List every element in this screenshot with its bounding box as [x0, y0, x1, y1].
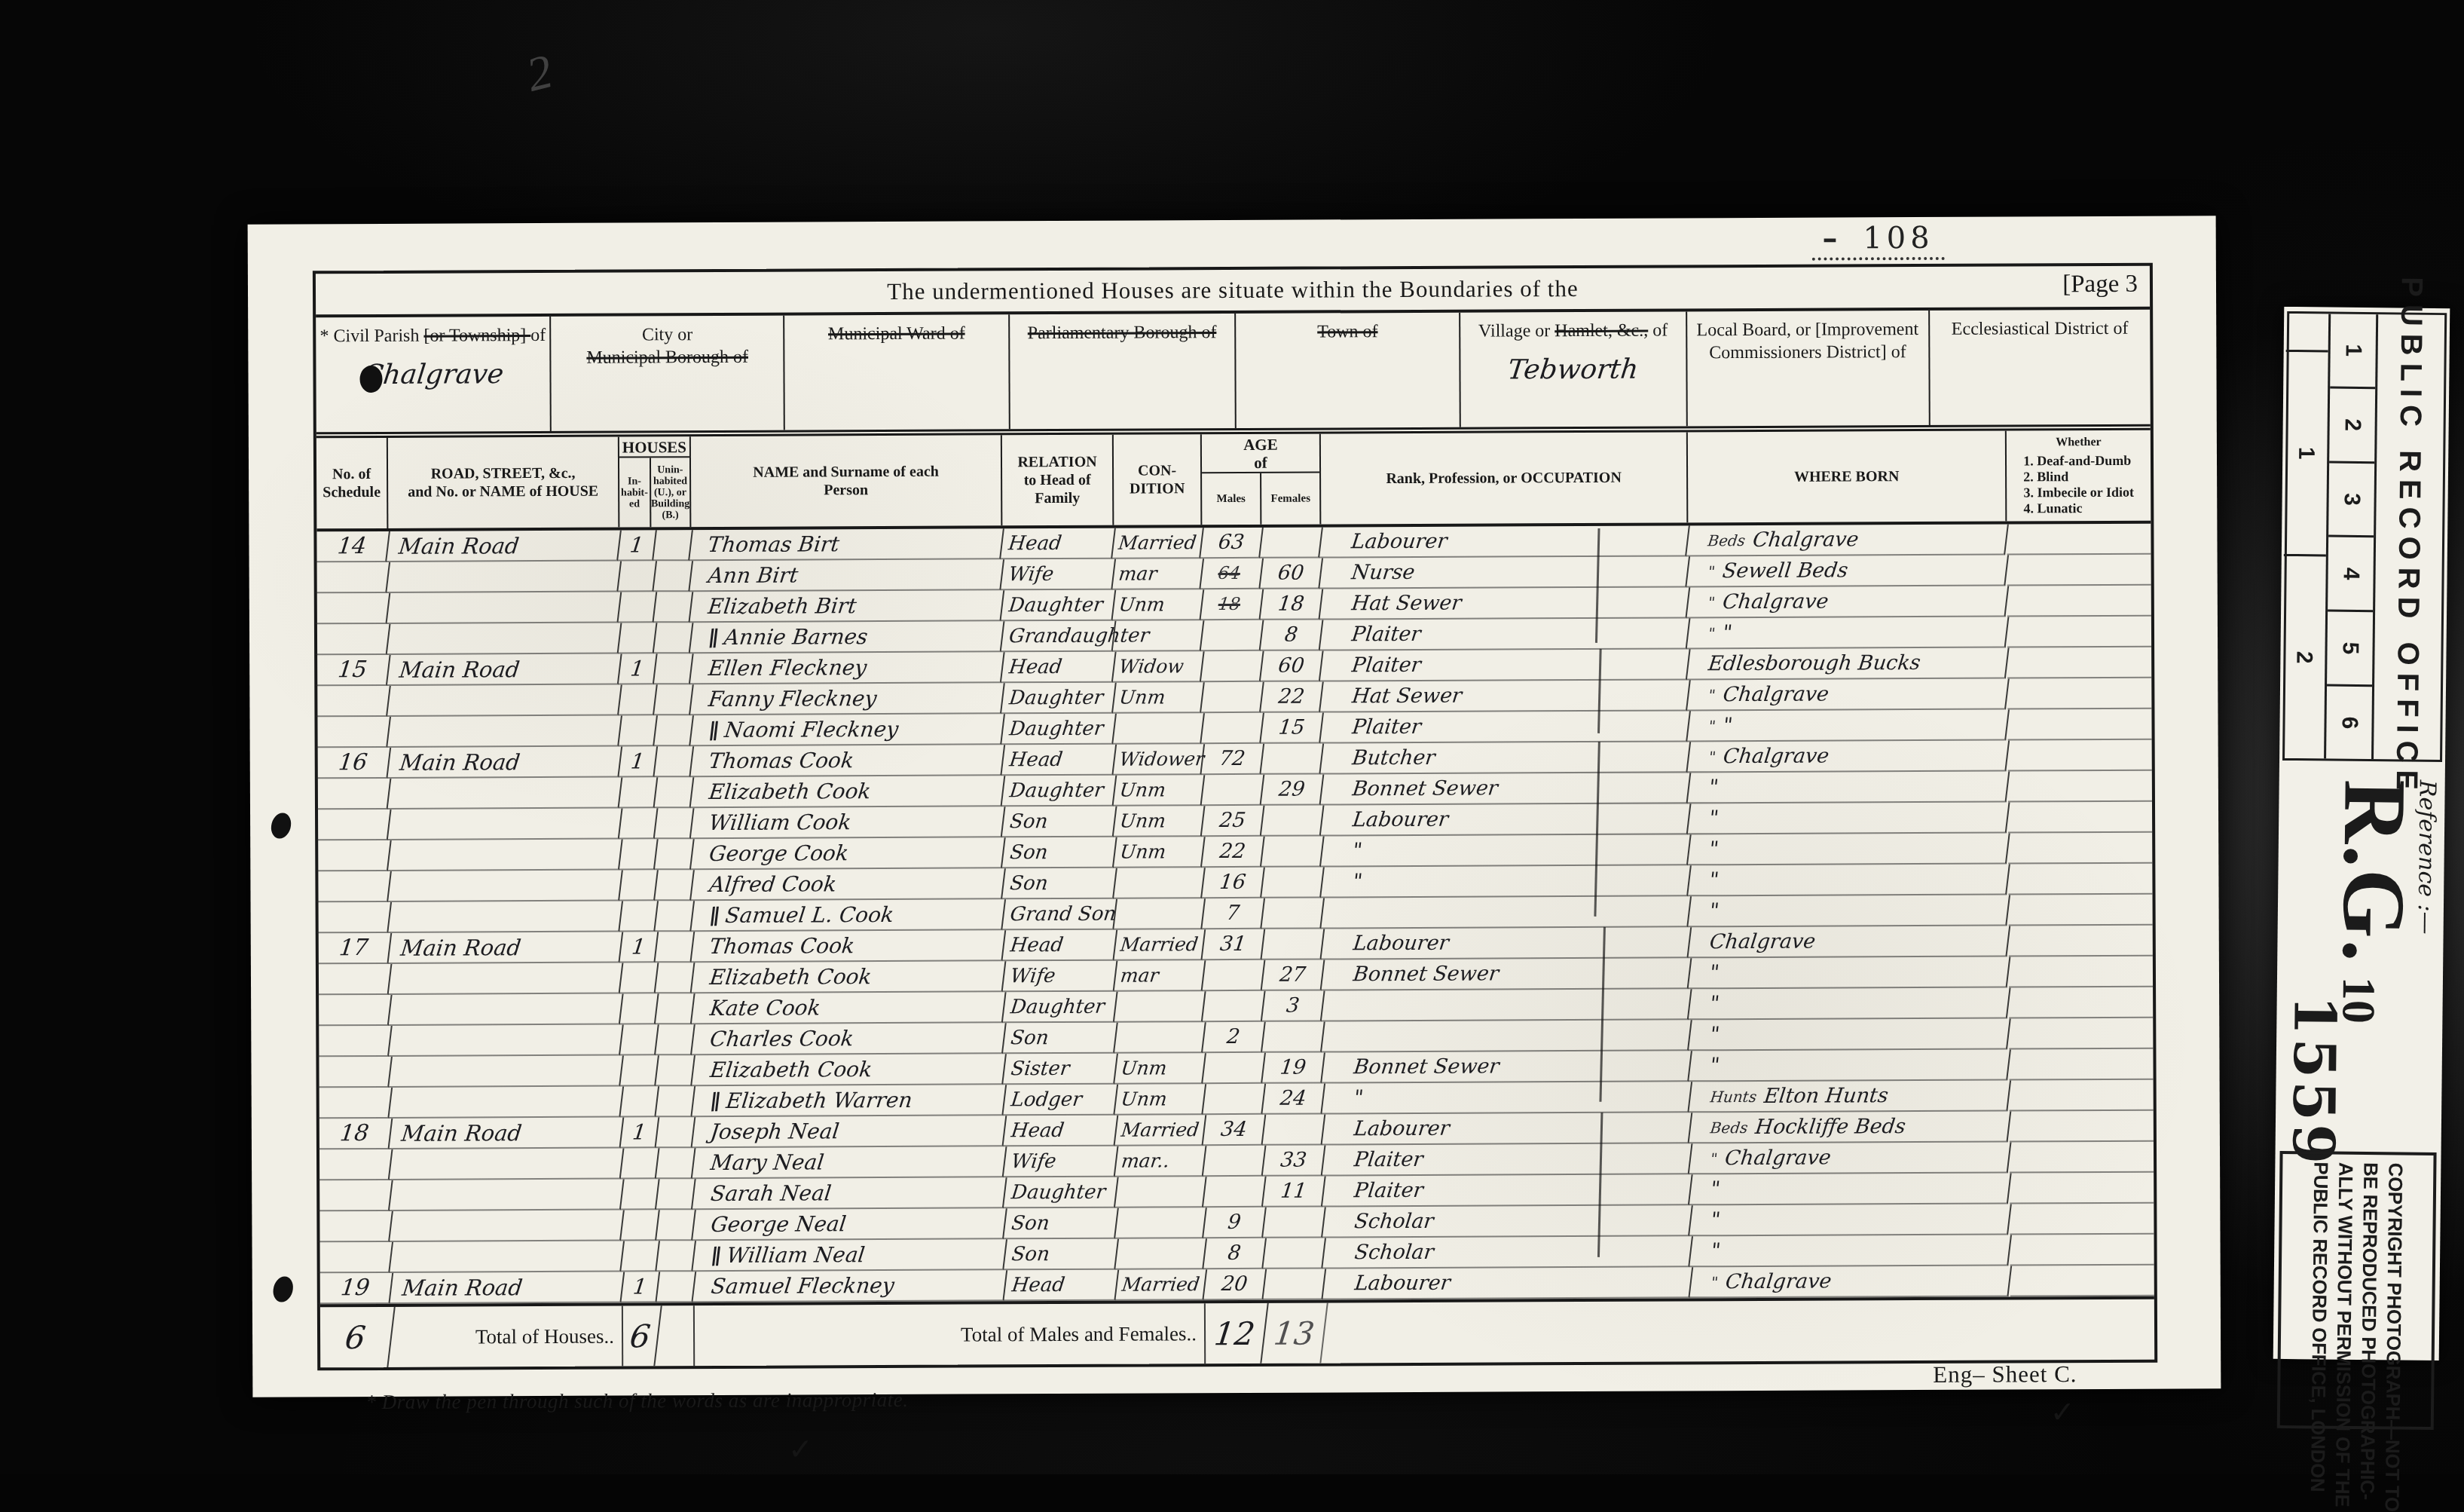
pro-ruler: PUBLIC RECORD OFFICE 123456 12	[2282, 311, 2447, 762]
cell-uninhabited	[653, 530, 693, 561]
enumeration-tick: ∥	[709, 1089, 722, 1112]
cell-where-born: "Chalgrave	[1686, 586, 2009, 619]
cell-relation: Son	[1003, 1023, 1118, 1054]
cell-name: George Cook	[691, 837, 1006, 870]
cell-road	[390, 1211, 625, 1242]
cell-condition: mar..	[1115, 1146, 1207, 1177]
cell-uninhabited	[656, 1117, 695, 1148]
cell-inhabited	[621, 1210, 660, 1241]
boundary-label-part: Commissioners District] of	[1709, 342, 1906, 363]
cell-occupation: Scholar	[1322, 1205, 1693, 1238]
cell-inhabited	[620, 963, 659, 993]
col-infirmity-head: Whether	[2056, 433, 2102, 451]
cell-infirmity	[2009, 1049, 2153, 1081]
cell-where-born: "Chalgrave	[1689, 1266, 2012, 1299]
check-mark: ✓	[788, 1432, 814, 1467]
col-road: ROAD, STREET, &c., and No. or NAME of HO…	[388, 437, 620, 528]
cell-uninhabited	[654, 684, 694, 715]
cell-infirmity	[2007, 586, 2151, 617]
cell-uninhabited	[653, 592, 693, 623]
cell-road	[388, 901, 623, 933]
cell-occupation: Labourer	[1322, 1113, 1692, 1145]
cell-schedule	[317, 995, 393, 1026]
copyright-box: COPYRIGHT PHOTOGRAPH—NOT TOBE REPRODUCED…	[2277, 1151, 2437, 1430]
boundary-cell-5: Village or Hamlet, &c., ofTebworth	[1460, 311, 1687, 427]
cell-age-male	[1201, 651, 1264, 682]
cell-road	[387, 778, 622, 810]
cell-road: Main Road	[387, 531, 622, 562]
cell-age-male: 2	[1203, 1022, 1266, 1053]
cell-relation: Head	[1002, 930, 1117, 962]
cell-age-male	[1203, 1084, 1266, 1115]
cell-age-female: 27	[1262, 960, 1325, 990]
cell-uninhabited	[656, 1055, 695, 1086]
col-age-males: Males	[1202, 473, 1261, 525]
cell-schedule	[316, 624, 391, 655]
boundary-label-part: Municipal Ward of	[828, 324, 965, 344]
cell-occupation: Bonnet Sewer	[1322, 1051, 1692, 1083]
cell-infirmity	[2010, 1142, 2154, 1174]
boundary-label-part: Municipal Borough of	[586, 347, 748, 368]
cell-occupation: Plaiter	[1322, 1143, 1693, 1176]
cell-relation: Lodger	[1003, 1085, 1118, 1116]
cell-schedule	[315, 593, 390, 624]
cell-infirmity	[2008, 802, 2152, 834]
cell-age-female: 15	[1261, 712, 1324, 743]
col-houses-group: HOUSES In- habit- ed Unin- habited (U.),…	[619, 436, 692, 527]
cell-occupation: Bonnet Sewer	[1320, 773, 1691, 805]
col-condition: CON- DITION	[1114, 434, 1203, 525]
copyright-line: PUBLIC RECORD OFFICE, LONDON	[2306, 1162, 2334, 1418]
cell-uninhabited	[655, 901, 695, 932]
ruler-blank	[2286, 314, 2329, 353]
ruler-number: 1	[2330, 314, 2376, 389]
cell-relation: Daughter	[1001, 683, 1117, 715]
cell-uninhabited	[655, 839, 695, 870]
cell-infirmity	[2008, 833, 2152, 865]
cell-condition: Widower	[1113, 744, 1205, 776]
cell-age-female	[1262, 1021, 1325, 1052]
cell-age-male	[1201, 775, 1264, 806]
cell-infirmity	[2010, 1173, 2154, 1204]
cell-where-born: "	[1689, 1204, 2012, 1237]
born-county-note: "	[1710, 1149, 1719, 1168]
cell-occupation: Hat Sewer	[1320, 680, 1691, 712]
col-relation: RELATION to Head of Family	[1002, 435, 1114, 526]
ruler-scale-small: 123456	[2326, 314, 2378, 760]
col-occupation: Rank, Profession, or OCCUPATION	[1321, 432, 1689, 524]
cell-age-male: 25	[1202, 806, 1265, 837]
cell-age-female: 19	[1262, 1052, 1325, 1083]
cell-where-born: "Chalgrave	[1687, 741, 2010, 773]
boundary-cell-6: Local Board, or [ImprovementCommissioner…	[1687, 311, 1931, 426]
cell-name: Kate Cook	[692, 992, 1007, 1024]
cell-road: Main Road	[389, 1118, 624, 1149]
born-county-note: Beds	[1707, 531, 1746, 549]
cell-name: Charles Cook	[692, 1023, 1007, 1055]
cell-where-born: "	[1689, 957, 2011, 990]
cell-road: Main Road	[387, 747, 622, 779]
cell-infirmity	[2010, 1266, 2154, 1297]
cell-age-female	[1261, 898, 1325, 929]
born-county-note: "	[1707, 624, 1717, 642]
cell-uninhabited	[655, 932, 695, 963]
cell-uninhabited	[656, 1148, 696, 1179]
cell-relation: Head	[1001, 652, 1117, 684]
cell-infirmity	[2010, 1111, 2154, 1143]
cell-age-female: 29	[1261, 774, 1324, 805]
pro-reference-strip: PUBLIC RECORD OFFICE 123456 12 Reference…	[2273, 307, 2450, 1360]
cell-occupation: "	[1321, 865, 1692, 898]
footnote: * Draw the pen through such of the words…	[365, 1388, 908, 1414]
cell-where-born: "	[1689, 1050, 2011, 1082]
table-body: 14Main Road1Thomas BirtHeadMarried63Labo…	[316, 524, 2154, 1305]
cell-inhabited: 1	[619, 653, 658, 684]
boundary-cell-7: Ecclesiastical District of	[1930, 310, 2151, 425]
cell-road	[389, 994, 624, 1026]
cell-name: Thomas Cook	[690, 745, 1005, 777]
cell-name: Alfred Cook	[691, 868, 1006, 901]
cell-age-male: 22	[1202, 837, 1265, 868]
cell-schedule	[317, 1026, 393, 1057]
cell-inhabited	[620, 1024, 659, 1055]
cell-name: ∥Elizabeth Warren	[692, 1085, 1007, 1117]
cell-inhabited	[619, 684, 658, 715]
cell-inhabited	[621, 1148, 660, 1179]
enumeration-tick: ∥	[708, 718, 720, 741]
cell-road	[387, 592, 622, 624]
cell-condition: Unm	[1114, 1053, 1206, 1085]
cell-condition: mar	[1114, 960, 1206, 992]
cell-relation: Head	[1001, 528, 1116, 560]
cell-condition	[1115, 1238, 1207, 1270]
enumeration-tick: ∥	[707, 626, 720, 648]
cell-age-male	[1203, 991, 1266, 1022]
cell-condition	[1115, 1177, 1207, 1208]
cell-age-male: 72	[1201, 744, 1264, 775]
cell-occupation: Plaiter	[1322, 1174, 1693, 1207]
cell-name: William Cook	[691, 807, 1006, 839]
col-houses-inhabited: In- habit- ed	[619, 458, 651, 527]
cell-occupation: Plaiter	[1320, 649, 1691, 681]
boundary-handwritten-entry: Tebworth	[1460, 358, 1687, 381]
boundary-header-band: * Civil Parish [or Township] ofChalgrave…	[316, 310, 2151, 439]
cell-inhabited	[620, 1055, 659, 1086]
cell-infirmity	[2008, 771, 2152, 803]
infirmity-item: 4. Lunatic	[2023, 500, 2134, 517]
infirmity-item: 1. Deaf-and-Dumb	[2023, 453, 2134, 470]
ruler-number: 5	[2327, 612, 2373, 687]
cell-schedule	[317, 1057, 393, 1088]
cell-schedule: 17	[316, 933, 392, 964]
cell-infirmity	[2010, 1235, 2154, 1266]
cell-uninhabited	[656, 1241, 696, 1272]
cell-inhabited: 1	[619, 932, 659, 963]
cell-occupation: Labourer	[1322, 1267, 1693, 1299]
cell-occupation: Butcher	[1320, 742, 1691, 774]
cell-schedule	[318, 1149, 393, 1180]
cell-infirmity	[2007, 524, 2151, 556]
cell-occupation: Bonnet Sewer	[1322, 958, 1692, 990]
cell-road	[390, 1241, 625, 1273]
census-sheet: –108 The undermentioned Houses are situa…	[248, 216, 2221, 1397]
boundary-label-part: Parliamentary Borough of	[1028, 323, 1217, 343]
cell-where-born: ""	[1687, 617, 2010, 650]
cell-age-male: 9	[1203, 1207, 1267, 1238]
cell-schedule: 14	[315, 531, 390, 562]
cell-infirmity	[2007, 555, 2151, 586]
col-age-females: Females	[1261, 473, 1319, 525]
cell-uninhabited	[654, 653, 694, 684]
page-number-stamp: –108	[1811, 220, 1945, 261]
cell-occupation: Plaiter	[1320, 618, 1691, 650]
cell-name: ∥William Neal	[692, 1239, 1007, 1272]
cell-relation: Son	[1002, 807, 1117, 838]
cell-relation: Son	[1002, 868, 1117, 900]
col-age: AGE of	[1243, 434, 1278, 472]
cell-age-male: 7	[1202, 898, 1265, 929]
boundary-cell-0: * Civil Parish [or Township] ofChalgrave	[316, 317, 552, 432]
born-county-note: Beds	[1710, 1119, 1749, 1137]
cell-age-female	[1263, 1207, 1326, 1238]
cell-age-female: 3	[1262, 990, 1325, 1021]
stamp-number: 108	[1863, 221, 1934, 256]
copyright-line: BE REPRODUCED PHOTOGRAPHIC-	[2355, 1162, 2383, 1419]
cell-infirmity	[2009, 895, 2153, 926]
cell-schedule: 19	[318, 1273, 393, 1304]
cell-where-born: "	[1688, 895, 2010, 928]
cell-uninhabited	[656, 1210, 696, 1241]
cell-road	[388, 809, 623, 840]
cell-inhabited	[619, 715, 658, 746]
cell-name: Fanny Fleckney	[690, 683, 1005, 715]
cell-inhabited	[620, 993, 659, 1024]
boundary-label-part: Ecclesiastical District of	[1952, 319, 2129, 339]
cell-where-born: "Chalgrave	[1687, 679, 2010, 712]
born-county-note: "	[1707, 686, 1717, 704]
cell-condition	[1113, 713, 1205, 745]
cell-age-female: 22	[1261, 681, 1324, 712]
cell-where-born: Chalgrave	[1688, 926, 2010, 959]
cell-relation: Grand Son	[1002, 899, 1117, 931]
ink-blob	[270, 813, 292, 838]
cell-inhabited: 1	[621, 1272, 660, 1302]
cell-inhabited	[619, 777, 658, 808]
cell-schedule	[316, 717, 391, 748]
cell-infirmity	[2007, 617, 2151, 648]
enumeration-tick: ∥	[710, 1244, 723, 1266]
cell-road: Main Road	[388, 932, 623, 964]
cell-infirmity	[2010, 1080, 2154, 1112]
boundary-label-part: Local Board, or [Improvement	[1697, 320, 1919, 340]
infirmity-item: 2. Blind	[2023, 469, 2134, 485]
census-table: The undermentioned Houses are situate wi…	[313, 263, 2157, 1371]
cell-condition	[1114, 898, 1206, 930]
cell-age-female	[1261, 743, 1324, 774]
cell-uninhabited	[655, 808, 695, 839]
cell-age-female	[1260, 527, 1323, 558]
cell-inhabited	[619, 808, 659, 839]
stamp-dash: –	[1822, 220, 1842, 256]
col-where-born: WHERE BORN	[1688, 431, 2007, 523]
cell-infirmity	[2010, 1204, 2154, 1235]
cell-relation: Daughter	[1001, 590, 1116, 622]
cell-uninhabited	[656, 993, 695, 1024]
born-county-note: Hunts	[1709, 1087, 1757, 1105]
ruler-scale-large: 12	[2282, 314, 2331, 759]
cell-occupation	[1322, 989, 1692, 1021]
ruler-number: 3	[2328, 463, 2374, 537]
boundary-cell-4: Town of	[1236, 313, 1461, 428]
schedule-total: 6	[316, 1307, 395, 1367]
cell-inhabited: 1	[618, 530, 657, 561]
born-county-note: "	[1707, 593, 1717, 611]
cell-condition: Unm	[1112, 589, 1204, 621]
cell-relation: Daughter	[1001, 714, 1117, 745]
cell-inhabited	[621, 1241, 660, 1272]
cell-occupation: "	[1321, 834, 1692, 867]
cell-schedule	[316, 871, 392, 902]
cell-schedule	[317, 1088, 393, 1119]
cell-schedule	[316, 686, 391, 717]
males-total: 12	[1202, 1303, 1268, 1364]
cell-age-male	[1201, 620, 1264, 651]
boundary-label-part: * Civil Parish	[319, 326, 423, 347]
cell-road	[390, 1180, 625, 1211]
cell-age-female: 60	[1260, 558, 1323, 589]
cell-name: Ellen Fleckney	[690, 652, 1005, 684]
cell-where-born: "	[1689, 1174, 2012, 1206]
cell-schedule	[316, 810, 392, 840]
cell-condition: Unm	[1113, 775, 1205, 807]
col-houses: HOUSES	[622, 436, 686, 456]
cell-age-female: 18	[1260, 589, 1323, 620]
cell-age-female: 8	[1261, 620, 1324, 650]
cell-age-male: 31	[1202, 929, 1265, 960]
cell-age-female	[1261, 867, 1325, 898]
cell-inhabited	[619, 870, 659, 901]
cell-condition: Married	[1115, 1269, 1207, 1301]
infirmity-item: 3. Imbecile or Idiot	[2023, 485, 2134, 501]
cell-age-male	[1201, 682, 1264, 713]
cell-name: Sarah Neal	[692, 1177, 1007, 1210]
ruler-number: 6	[2326, 687, 2372, 759]
cell-condition: Married	[1114, 929, 1206, 961]
cell-condition: mar	[1112, 559, 1204, 590]
pro-office-name: PUBLIC RECORD OFFICE	[2374, 314, 2444, 760]
cell-occupation: Labourer	[1319, 525, 1690, 558]
cell-schedule	[318, 1180, 393, 1211]
cell-infirmity	[2007, 647, 2151, 679]
born-county-note: "	[1707, 717, 1717, 735]
cell-uninhabited	[654, 715, 694, 746]
cell-uninhabited	[655, 870, 695, 901]
boundary-label-part: City or	[642, 325, 692, 344]
cell-inhabited	[620, 1086, 659, 1117]
houses-total: 6	[619, 1305, 662, 1366]
cell-schedule: 16	[316, 748, 391, 779]
cell-uninhabited	[653, 561, 693, 592]
boundary-label-part: Village or	[1478, 321, 1555, 341]
ink-blob	[359, 366, 382, 393]
photo-background: 2 –108 The undermentioned Houses are sit…	[0, 0, 2464, 1474]
born-county-note: "	[1707, 562, 1716, 580]
total-mf-label: Total of Males and Females..	[695, 1303, 1206, 1366]
cell-where-born: ""	[1687, 710, 2010, 742]
piece-number: 1559	[2276, 1017, 2443, 1146]
cell-name: ∥Samuel L. Cook	[691, 899, 1006, 932]
cell-where-born: "	[1688, 865, 2010, 897]
boundary-cell-2: Municipal Ward of	[785, 314, 1010, 430]
cell-occupation	[1321, 896, 1692, 929]
cell-relation: Wife	[1004, 1146, 1119, 1178]
cell-where-born: HuntsElton Hunts	[1689, 1081, 2011, 1113]
cell-road	[387, 716, 622, 748]
cell-age-female: 60	[1261, 650, 1324, 681]
cell-condition	[1114, 868, 1206, 899]
cell-condition	[1113, 620, 1205, 652]
cell-uninhabited	[654, 777, 694, 808]
check-mark: ✓	[2050, 1395, 2075, 1430]
age-crossed-out: 64	[1217, 563, 1241, 583]
cell-inhabited	[621, 1179, 660, 1210]
page-label: [Page 3	[2062, 271, 2138, 298]
cell-infirmity	[2007, 678, 2151, 710]
cell-age-female	[1261, 805, 1325, 836]
cell-relation: Grandaughter	[1001, 621, 1117, 653]
cell-age-male: 18	[1200, 589, 1264, 620]
cell-inhabited	[618, 561, 657, 592]
females-total: 13	[1261, 1302, 1328, 1363]
cell-condition: Married	[1114, 1115, 1206, 1146]
cell-age-female	[1262, 1114, 1325, 1145]
cell-where-born: "	[1689, 1235, 2012, 1268]
cell-where-born: "	[1689, 1019, 2011, 1051]
col-schedule: No. of Schedule	[316, 438, 389, 528]
cell-inhabited: 1	[619, 746, 658, 777]
cell-inhabited	[619, 901, 659, 932]
cell-road	[387, 685, 622, 717]
cell-road: Main Road	[390, 1272, 625, 1304]
cell-age-male: 63	[1200, 528, 1264, 559]
cell-schedule	[318, 1242, 393, 1273]
cell-occupation: Scholar	[1322, 1236, 1693, 1269]
boundary-handwritten-entry: Chalgrave	[315, 363, 552, 387]
cell-age-male: 8	[1203, 1238, 1267, 1269]
totals-empty-uninh	[659, 1305, 695, 1366]
cell-schedule	[316, 902, 392, 933]
boundary-label-part: of	[1648, 320, 1668, 340]
ruler-number: 2	[2329, 388, 2375, 463]
cell-where-born: "	[1688, 834, 2010, 866]
cell-schedule	[315, 562, 390, 593]
cell-inhabited	[618, 592, 657, 623]
cell-age-female: 33	[1263, 1145, 1326, 1176]
cell-name: Mary Neal	[692, 1146, 1007, 1179]
cell-occupation: Labourer	[1321, 803, 1692, 836]
cell-road	[387, 562, 622, 593]
cell-where-born: Edlesborough Bucks	[1687, 648, 2010, 681]
totals-empty-right	[1325, 1299, 2154, 1364]
margin-scribble: 2	[521, 43, 558, 103]
column-headers: No. of Schedule ROAD, STREET, &c., and N…	[316, 430, 2151, 532]
col-infirmity: Whether 1. Deaf-and-Dumb2. Blind3. Imbec…	[2007, 430, 2151, 522]
cell-name: Ann Birt	[689, 559, 1004, 592]
cell-where-born: BedsChalgrave	[1686, 525, 2009, 557]
boundary-label-part: Hamlet, &c.,	[1555, 321, 1648, 341]
cell-where-born: "	[1688, 803, 2010, 835]
cell-road	[389, 1087, 624, 1119]
